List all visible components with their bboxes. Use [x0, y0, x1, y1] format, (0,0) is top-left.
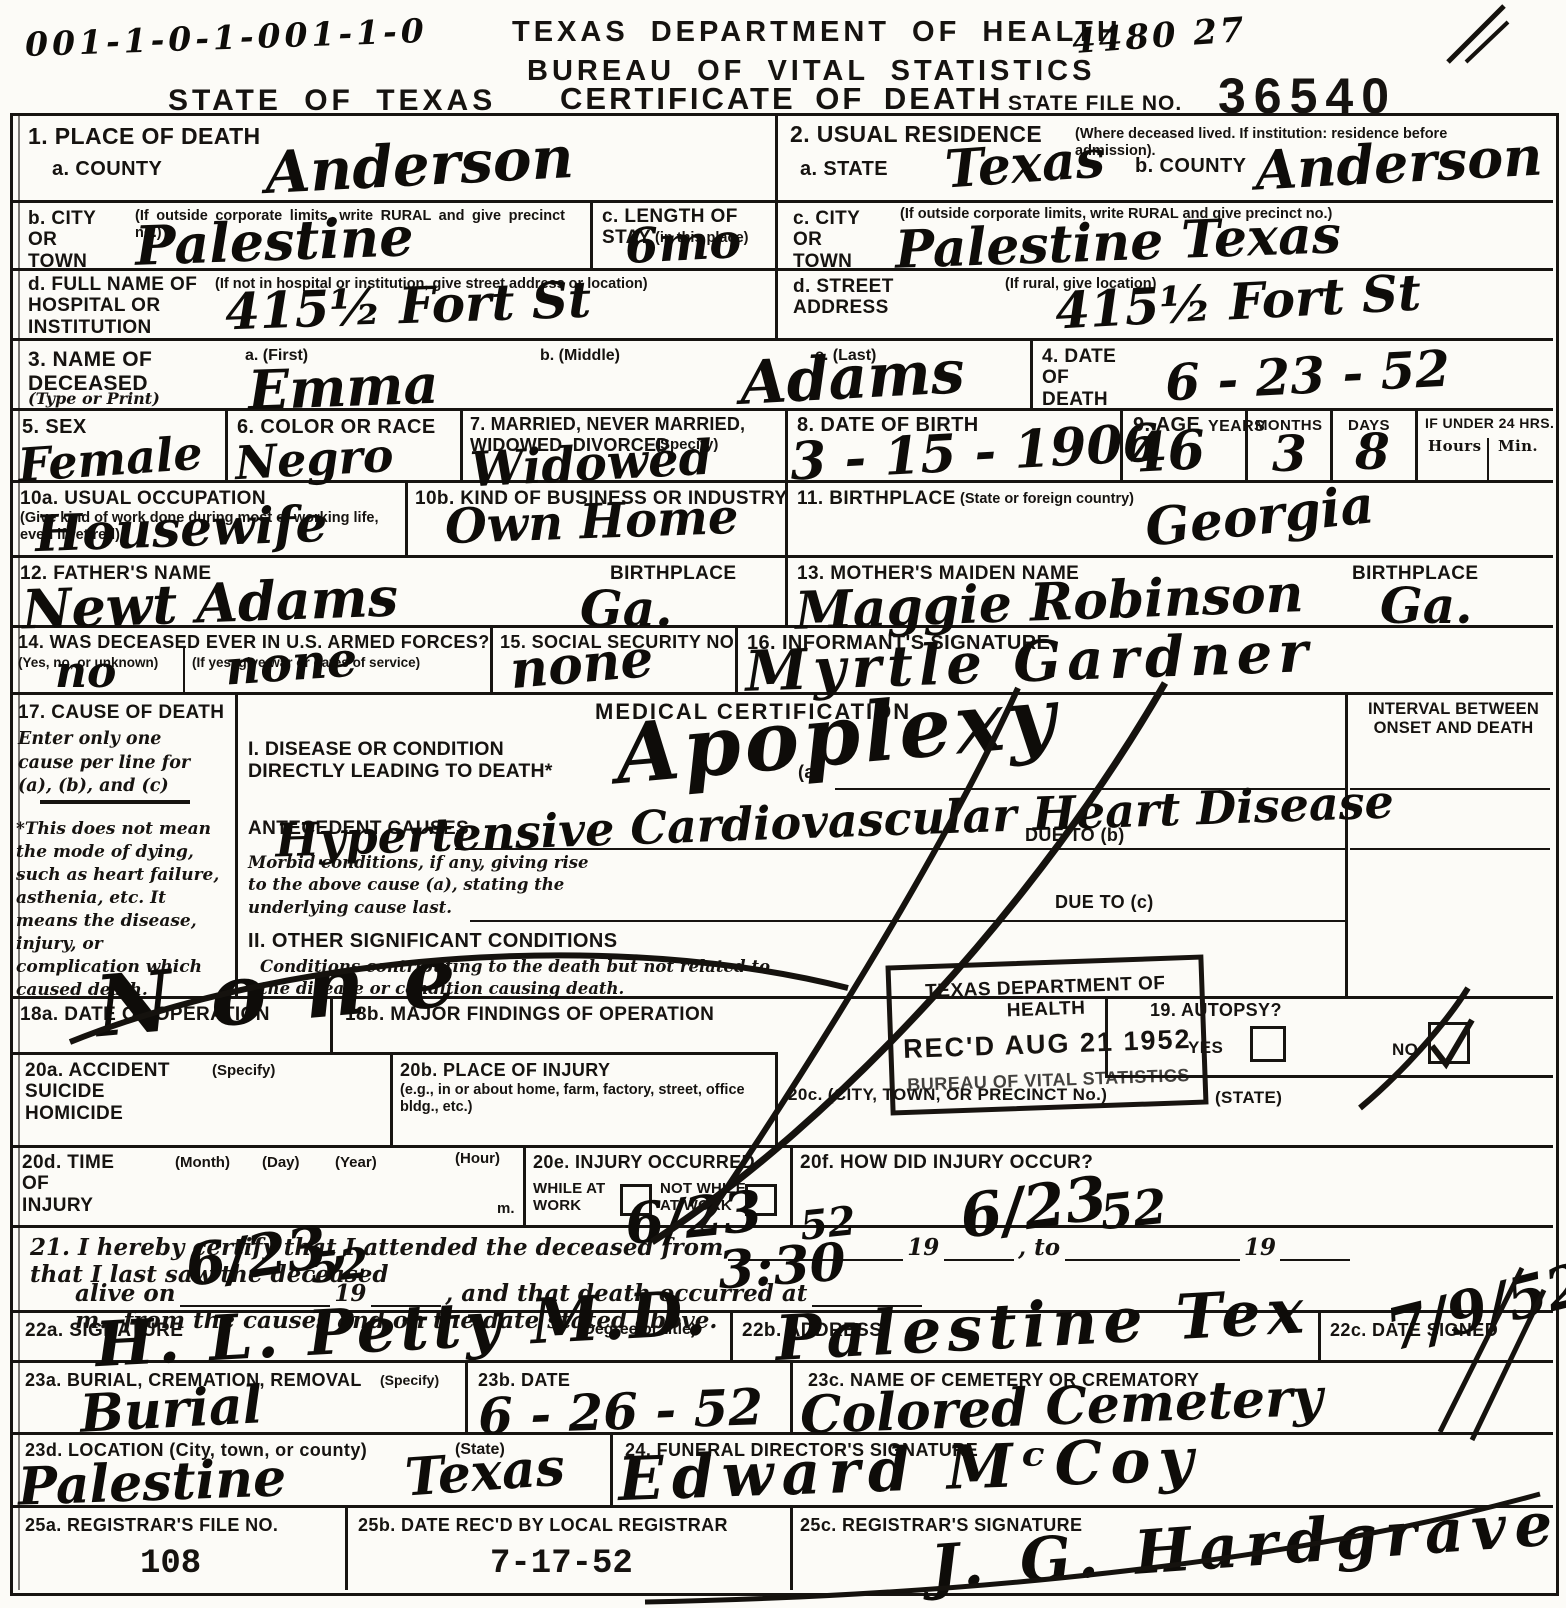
residence-state-label: a. STATE — [800, 158, 888, 180]
grid-line — [465, 1360, 468, 1432]
certify-year-pre1: 19 — [907, 1234, 939, 1261]
certify-to-blank — [1065, 1235, 1240, 1261]
place-county-label: a. COUNTY — [52, 158, 162, 180]
father-birthplace-value: Ga. — [580, 585, 673, 633]
registrar-file-no-label: 25a. REGISTRAR'S FILE NO. — [25, 1515, 278, 1535]
m-label: m. — [497, 1200, 515, 1218]
attended-to-year: 52 — [1098, 1185, 1169, 1237]
certify-to-year-blank — [1280, 1235, 1350, 1261]
burial-state-value: Texas — [403, 1442, 566, 1502]
alive-word: alive on — [75, 1280, 175, 1307]
middle-name-label: b. (Middle) — [540, 346, 620, 365]
grid-line — [775, 113, 778, 338]
cause-note1: Enter only one cause per line for (a), (… — [18, 728, 223, 799]
date-of-death-value: 6 - 23 - 52 — [1164, 345, 1451, 407]
grid-line — [490, 625, 493, 692]
alive-on-year: 52 — [308, 1243, 370, 1289]
grid-line — [183, 648, 185, 692]
grid-line — [610, 1432, 613, 1505]
grid-line — [523, 1145, 526, 1225]
month-label: (Month) — [175, 1154, 230, 1172]
injury-state-label: (STATE) — [1215, 1088, 1282, 1107]
certify-year-pre2: 19 — [1244, 1234, 1276, 1261]
place-county-value: Anderson — [264, 130, 575, 201]
grid-line — [460, 408, 463, 480]
grid-line — [790, 1505, 793, 1590]
interval-label: INTERVAL BETWEEN ONSET AND DEATH — [1368, 700, 1539, 738]
grid-line — [785, 408, 788, 480]
death-certificate-document: 001-1-0-1-001-1-0 TEXAS DEPARTMENT OF HE… — [0, 0, 1566, 1608]
birthplace-note: (State or foreign country) — [960, 491, 1134, 508]
mother-birthplace-value: Ga. — [1380, 582, 1473, 630]
street-address-label: d. STREET ADDRESS — [793, 276, 894, 319]
armed-forces-value2: none — [224, 637, 359, 692]
hospital-value: 415½ Fort St — [224, 276, 592, 336]
name-note: (Type or Print) — [28, 388, 160, 410]
race-value: Negro — [234, 434, 394, 486]
grid-line — [1345, 692, 1348, 996]
grid-line — [775, 1052, 778, 1145]
place-city-value: Palestine — [134, 211, 414, 272]
department-title: TEXAS DEPARTMENT OF HEALTH — [512, 16, 1122, 48]
place-of-death-title: 1. PLACE OF DEATH — [28, 124, 261, 150]
grid-line — [390, 1052, 393, 1145]
grid-line — [790, 1145, 793, 1225]
place-city-label: b. CITY OR TOWN — [28, 208, 96, 272]
state-file-no-label: STATE FILE NO. — [1008, 92, 1182, 116]
cause-of-death-label: 17. CAUSE OF DEATH — [18, 702, 224, 723]
grid-line — [590, 200, 593, 268]
grid-line — [1415, 408, 1418, 480]
business-value: Own Home — [444, 495, 739, 551]
first-name-value: Emma — [247, 359, 439, 417]
disease-condition-label: I. DISEASE OR CONDITION DIRECTLY LEADING… — [248, 738, 553, 783]
birthplace-label: 11. BIRTHPLACE — [797, 488, 956, 509]
injury-city-label: 20c. (CITY, TOWN, OR PRECINCT No.) — [788, 1085, 1107, 1104]
certificate-title: CERTIFICATE OF DEATH — [560, 82, 1003, 117]
stamp-line1: TEXAS DEPARTMENT OF HEALTH — [891, 972, 1200, 1027]
sex-value: Female — [17, 432, 204, 488]
age-months-value: 3 — [1272, 430, 1307, 478]
hour-label: (Hour) — [455, 1150, 500, 1168]
death-time-value: 3:30 — [716, 1238, 847, 1296]
year-label: (Year) — [335, 1154, 377, 1172]
autopsy-yes-checkbox — [1250, 1026, 1286, 1062]
residence-county-value: Anderson — [1254, 131, 1544, 197]
time-of-injury-label: 20d. TIME OF INJURY — [22, 1152, 114, 1216]
injury-occurred-label: 20e. INJURY OCCURRED — [533, 1152, 755, 1172]
cause-note-divider — [40, 800, 190, 804]
last-name-value: Adams — [739, 344, 966, 413]
due-to-c-label: DUE TO (c) — [1055, 892, 1154, 912]
age-years-value: 46 — [1129, 424, 1207, 479]
grid-line — [785, 555, 788, 625]
funeral-director-signature: Edward MᶜCoy — [617, 1432, 1202, 1509]
grid-line — [10, 200, 1553, 203]
stamp-line2: REC'D AUG 21 1952 — [893, 1024, 1202, 1066]
place-of-injury-label: 20b. PLACE OF INJURY — [400, 1060, 610, 1080]
armed-forces-value1: no — [55, 652, 116, 694]
residence-county-label: b. COUNTY — [1135, 155, 1246, 177]
margin-code-handwritten: 001-1-0-1-001-1-0 — [25, 15, 429, 60]
ssn-value: none — [508, 634, 655, 696]
hours-label: Hours — [1428, 438, 1481, 455]
grid-line — [1487, 438, 1489, 480]
cause-line-c — [470, 920, 1345, 922]
hospital-label: d. FULL NAME OF HOSPITAL OR INSTITUTION — [28, 274, 197, 338]
residence-city-value: Palestine Texas — [894, 210, 1342, 275]
autopsy-no-checkbox — [1428, 1022, 1470, 1064]
occupation-value: Housewife — [34, 500, 328, 558]
burial-value: Burial — [79, 1380, 264, 1439]
residence-city-label: c. CITY OR TOWN — [793, 208, 860, 272]
under-24hrs-label: IF UNDER 24 HRS. — [1425, 416, 1554, 432]
batch-number-handwritten: 4480 27 — [1071, 14, 1248, 58]
certify-intro: 21. I hereby certify that I attended the… — [30, 1234, 723, 1261]
grid-line — [1330, 408, 1333, 480]
marital-value: Widowed — [469, 436, 713, 494]
grid-line — [345, 1505, 348, 1590]
accident-suicide-homicide-label: 20a. ACCIDENT SUICIDE HOMICIDE — [25, 1060, 170, 1124]
burial-date-value: 6 - 26 - 52 — [477, 1383, 764, 1440]
while-at-work-label: WHILE AT WORK — [533, 1180, 605, 1215]
burial-location-value: Palestine — [17, 1453, 287, 1512]
registrar-file-no-value: 108 — [140, 1545, 201, 1583]
pen-stroke — [1466, 22, 1508, 62]
date-recd-value: 7-17-52 — [490, 1545, 633, 1583]
grid-line — [1030, 338, 1033, 408]
min-label: Min. — [1498, 438, 1538, 455]
place-of-injury-note: (e.g., in or about home, farm, factory, … — [400, 1082, 750, 1117]
grid-line — [10, 1145, 1553, 1148]
grid-line — [225, 408, 228, 480]
father-name-value: Newt Adams — [21, 571, 399, 635]
date-of-death-label: 4. DATE OF DEATH — [1042, 346, 1116, 410]
attended-to-date: 6/23 — [957, 1170, 1111, 1247]
accident-specify-note: (Specify) — [212, 1062, 275, 1080]
burial-specify-note: (Specify) — [380, 1372, 439, 1389]
pen-stroke — [1448, 6, 1504, 62]
age-days-value: 8 — [1355, 428, 1390, 476]
autopsy-no-label: NO — [1392, 1040, 1418, 1059]
date-recd-label: 25b. DATE REC'D BY LOCAL REGISTRAR — [358, 1515, 728, 1535]
grid-line — [405, 480, 408, 555]
interval-line-b — [1350, 848, 1550, 850]
day-label: (Day) — [262, 1154, 300, 1172]
length-of-stay-value: 6mo — [624, 219, 742, 271]
residence-state-value: Texas — [943, 134, 1106, 194]
